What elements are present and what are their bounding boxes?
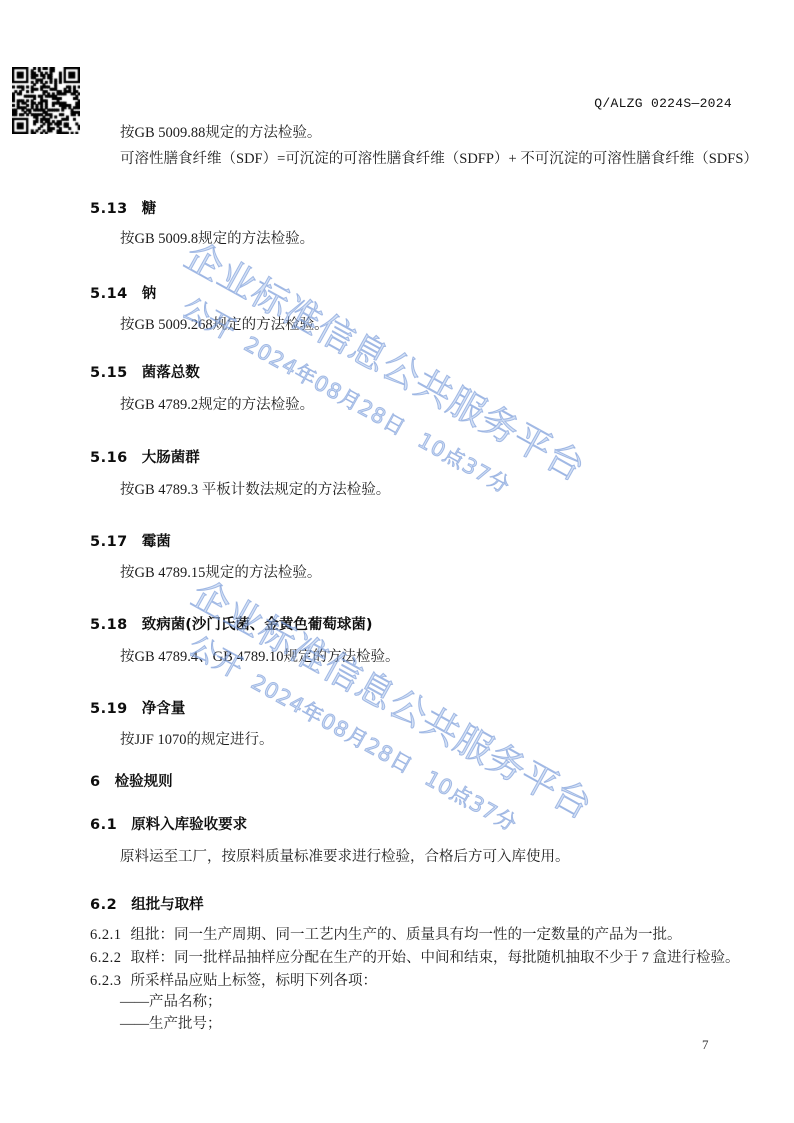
watermark-platform-text: 企业标准信息公共服务平台 xyxy=(177,226,597,491)
section-number: 5.14 xyxy=(90,286,128,302)
section-heading-5-19: 5.19净含量 xyxy=(90,701,185,718)
section-number: 5.16 xyxy=(90,450,128,466)
numbered-paragraph-6-2-3: 6.2.3所采样品应贴上标签，标明下列各项： xyxy=(90,973,377,990)
watermark-platform-text: 企业标准信息公共服务平台 xyxy=(184,564,604,829)
page-number: 7 xyxy=(702,1037,709,1053)
section-title: 致病菌(沙门氏菌、金黄色葡萄球菌) xyxy=(142,617,373,633)
section-number: 6.1 xyxy=(90,817,117,833)
paragraph: 原料运至工厂，按原料质量标准要求进行检验，合格后方可入库使用。 xyxy=(120,849,570,866)
section-title: 糖 xyxy=(142,201,157,217)
section-number: 6.2 xyxy=(90,897,117,913)
section-heading-5-18: 5.18致病菌(沙门氏菌、金黄色葡萄球菌) xyxy=(90,617,373,634)
section-number: 6 xyxy=(90,774,101,790)
paragraph: 按GB 4789.2规定的方法检验。 xyxy=(120,397,314,414)
section-title: 组批与取样 xyxy=(131,897,204,913)
clause-text: 所采样品应贴上标签，标明下列各项： xyxy=(131,973,378,989)
dash-list-item: ——产品名称； xyxy=(120,994,222,1011)
section-number: 5.19 xyxy=(90,701,128,717)
watermark-datetime: 2024年08月28日 10点37分 xyxy=(247,670,521,836)
clause-number: 6.2.3 xyxy=(90,973,122,989)
paragraph: 按JJF 1070的规定进行。 xyxy=(120,732,273,749)
section-title: 净含量 xyxy=(142,701,186,717)
dash-list-item: ——生产批号； xyxy=(120,1016,222,1033)
section-number: 5.17 xyxy=(90,534,128,550)
section-title: 原料入库验收要求 xyxy=(131,817,247,833)
section-title: 霉菌 xyxy=(142,534,171,550)
section-title: 大肠菌群 xyxy=(142,450,200,466)
section-heading-6-2: 6.2组批与取样 xyxy=(90,897,204,914)
section-heading-6-1: 6.1原料入库验收要求 xyxy=(90,817,247,834)
section-number: 5.13 xyxy=(90,201,128,217)
document-page: Q/ALZG 0224S—2024 企业标准信息公共服务平台 公开2024年08… xyxy=(0,0,794,1123)
section-heading-5-16: 5.16大肠菌群 xyxy=(90,450,200,467)
numbered-paragraph-6-2-1: 6.2.1组批：同一生产周期、同一工艺内生产的、质量具有均一性的一定数量的产品为… xyxy=(90,927,682,944)
paragraph: 按GB 5009.88规定的方法检验。 xyxy=(120,125,321,142)
clause-number: 6.2.2 xyxy=(90,950,122,966)
clause-number: 6.2.1 xyxy=(90,927,122,943)
standard-number: Q/ALZG 0224S—2024 xyxy=(594,96,732,111)
section-number: 5.18 xyxy=(90,617,128,633)
paragraph: 按GB 4789.3 平板计数法规定的方法检验。 xyxy=(120,482,390,499)
section-heading-6: 6检验规则 xyxy=(90,774,173,791)
section-heading-5-13: 5.13糖 xyxy=(90,201,156,218)
qr-code-icon xyxy=(12,67,80,134)
section-heading-5-17: 5.17霉菌 xyxy=(90,534,171,551)
clause-text: 取样：同一批样品抽样应分配在生产的开始、中间和结束，每批随机抽取不少于 7 盒进… xyxy=(131,950,740,966)
section-title: 菌落总数 xyxy=(142,365,200,381)
numbered-paragraph-6-2-2: 6.2.2取样：同一批样品抽样应分配在生产的开始、中间和结束，每批随机抽取不少于… xyxy=(90,950,740,967)
paragraph: 按GB 5009.268规定的方法检验。 xyxy=(120,317,329,334)
section-title: 钠 xyxy=(142,286,157,302)
paragraph: 按GB 4789.15规定的方法检验。 xyxy=(120,565,321,582)
paragraph: 按GB 4789.4、GB 4789.10规定的方法检验。 xyxy=(120,649,400,666)
section-heading-5-14: 5.14钠 xyxy=(90,286,156,303)
section-number: 5.15 xyxy=(90,365,128,381)
paragraph: 按GB 5009.8规定的方法检验。 xyxy=(120,231,314,248)
clause-text: 组批：同一生产周期、同一工艺内生产的、质量具有均一性的一定数量的产品为一批。 xyxy=(131,927,682,943)
section-heading-5-15: 5.15菌落总数 xyxy=(90,365,200,382)
paragraph: 可溶性膳食纤维（SDF）=可沉淀的可溶性膳食纤维（SDFP）+ 不可沉淀的可溶性… xyxy=(120,151,758,168)
section-title: 检验规则 xyxy=(115,774,173,790)
watermark-datetime: 2024年08月28日 10点37分 xyxy=(240,332,514,498)
